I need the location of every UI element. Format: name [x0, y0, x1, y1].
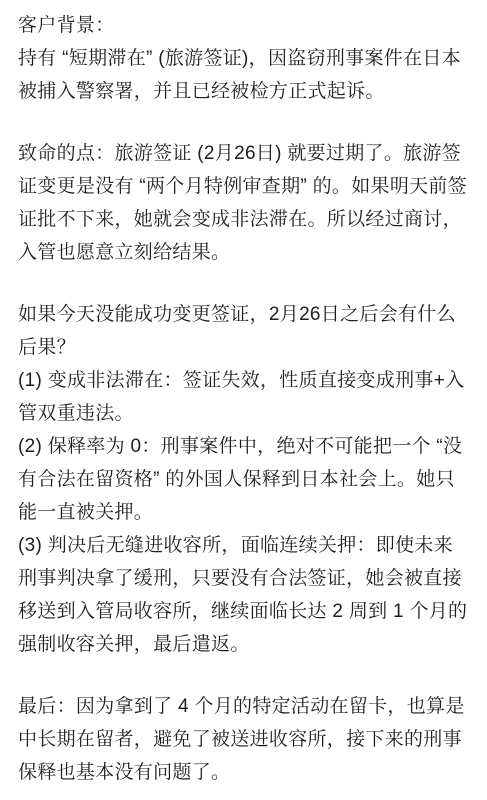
page: { "page": { "background_color": "#ffffff…	[0, 0, 487, 800]
paragraph-fatal-point: 致命的点：旅游签证 (2月26日) 就要过期了。旅游签证变更是没有 “两个月特例…	[18, 137, 471, 269]
document-body: 客户背景： 持有 “短期滞在” (旅游签证)，因盗窃刑事案件在日本被捕入警察署，…	[0, 0, 487, 800]
paragraph-conclusion: 最后：因为拿到了 4 个月的特定活动在留卡，也算是中长期在留者，避免了被送进收容…	[18, 690, 471, 789]
paragraph-consequences-list: 如果今天没能成功变更签证，2月26日之后会有什么后果？ (1) 变成非法滞在：签…	[18, 298, 471, 661]
paragraph-customer-background: 客户背景： 持有 “短期滞在” (旅游签证)，因盗窃刑事案件在日本被捕入警察署，…	[18, 9, 471, 108]
